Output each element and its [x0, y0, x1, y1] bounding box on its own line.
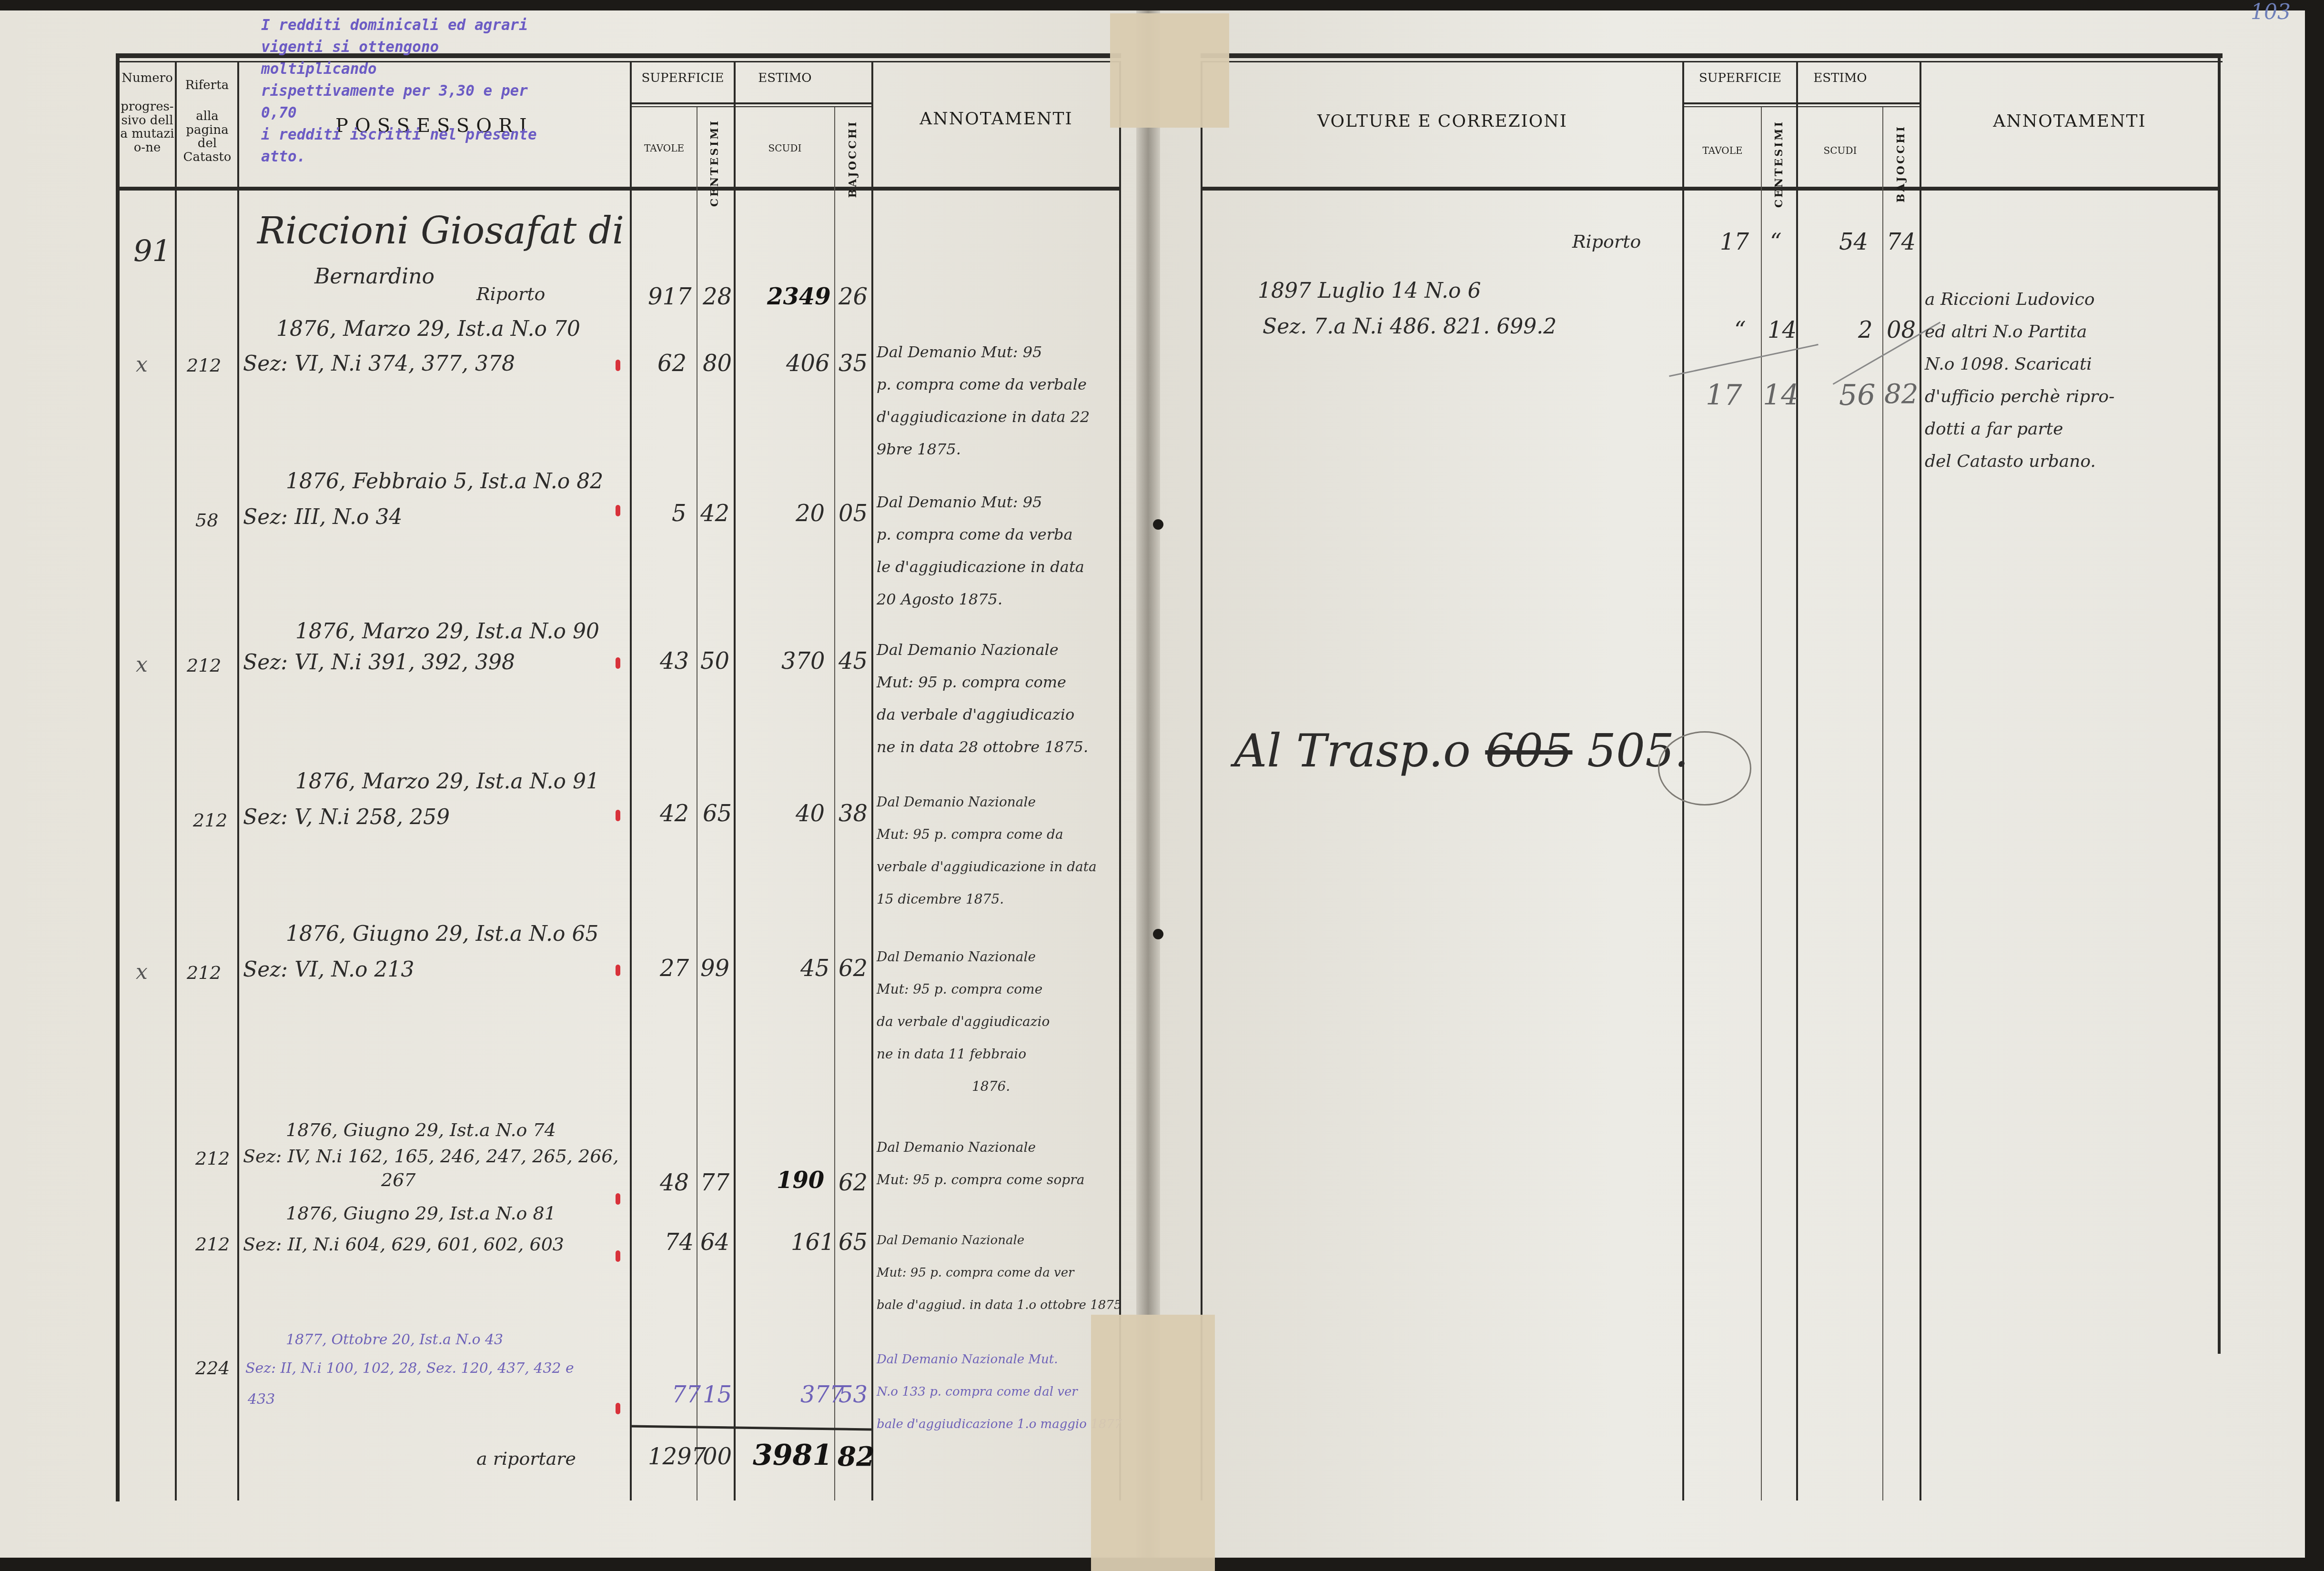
entry-tavole: “ — [1734, 317, 1746, 343]
entry-bajocchi: 05 — [839, 500, 868, 527]
note-line: da verbale d'aggiudicazio — [877, 1006, 1050, 1038]
scan-border-right — [2305, 0, 2324, 1571]
header-superficie: SUPERFICIE — [632, 71, 734, 85]
header-bajocchi: BAJOCCHI — [847, 120, 859, 198]
entry-riferta: 224 — [195, 1358, 230, 1379]
col-divider — [697, 107, 697, 1501]
binding-stitch — [1153, 519, 1163, 530]
header-centesimi: CENTESIMI — [709, 119, 720, 207]
note-line: Dal Demanio Nazionale Mut. — [877, 1343, 1122, 1376]
note-line: Dal Demanio Mut: 95 — [877, 486, 1084, 518]
entry-scudi: 370 — [781, 648, 825, 675]
entry-riferta: 212 — [195, 1234, 230, 1255]
left-subheader-rule — [630, 102, 871, 104]
right-subheader-rule-thin — [1682, 106, 1920, 107]
binding-tape-top — [1110, 13, 1229, 128]
total-bajocchi: 82 — [1884, 379, 1918, 410]
right-subheader-rule — [1682, 102, 1920, 104]
note-line: Mut: 95 p. compra come da — [877, 818, 1097, 851]
entry-parcels-line2: 433 — [248, 1391, 275, 1408]
entry-parcels-line2: 267 — [381, 1169, 416, 1190]
note-line: Mut: 95 p. compra come — [877, 973, 1050, 1006]
header-annotamenti: ANNOTAMENTI — [873, 110, 1119, 129]
entry-centesimi: 15 — [703, 1381, 732, 1408]
entry-riferta: 58 — [195, 510, 218, 531]
voltura-line1: 1897 Luglio 14 N.o 6 — [1258, 279, 1481, 303]
entry-tavole: 43 — [660, 648, 689, 675]
entry-bajocchi: 45 — [839, 648, 868, 675]
entry-centesimi: 50 — [700, 648, 729, 675]
entry-scudi: 190 — [777, 1167, 824, 1194]
col-divider — [1920, 62, 1921, 1501]
entry-riferta: 212 — [187, 962, 222, 983]
entry-note: Dal Demanio Nazionale Mut: 95 p. compra … — [877, 1224, 1122, 1321]
header-annotamenti: ANNOTAMENTI — [1921, 112, 2218, 131]
entry-riferta: 212 — [195, 1148, 230, 1169]
note-line: dotti a far parte — [1925, 413, 2114, 445]
entry-parcels: Sez: II, N.i 100, 102, 28, Sez. 120, 437… — [245, 1360, 574, 1377]
entry-parcels: Sez: VI, N.i 374, 377, 378 — [243, 352, 515, 376]
stamp-text: I redditi dominicali ed agrari vigenti s… — [261, 14, 556, 168]
entry-centesimi: 14 — [1768, 317, 1797, 343]
left-border — [116, 53, 120, 1501]
stamp-line: i redditi iscritti nel presente atto. — [261, 124, 556, 168]
check-mark: x — [136, 352, 148, 377]
owner-father: Bernardino — [314, 264, 434, 289]
left-header-bottom-rule — [116, 187, 1121, 191]
entry-note: Dal Demanio Mut: 95 p. compra come da ve… — [877, 336, 1090, 465]
header-tavole: TAVOLE — [1684, 145, 1761, 156]
entry-date: 1876, Giugno 29, Ist.a N.o 81 — [286, 1203, 556, 1224]
entry-bajocchi: 62 — [839, 1169, 868, 1196]
note-line: Dal Demanio Nazionale — [877, 1224, 1122, 1257]
red-mark — [616, 965, 620, 976]
header-numero-sub: progres-sivo della mutazio-ne — [120, 100, 175, 154]
note-line: ed altri N.o Partita — [1925, 316, 2114, 348]
note-line: Mut: 95 p. compra come sopra — [877, 1164, 1084, 1196]
entry-date: 1876, Marzo 29, Ist.a N.o 91 — [295, 769, 599, 794]
red-mark — [616, 810, 620, 821]
red-mark — [616, 1250, 620, 1262]
note-line: Mut: 95 p. compra come — [877, 666, 1088, 698]
entry-note: Dal Demanio Nazionale Mut: 95 p. compra … — [877, 786, 1097, 916]
total-scudi: 3981 — [753, 1439, 832, 1472]
stamp-line: vigenti si ottengono moltiplicando — [261, 36, 556, 80]
red-mark — [616, 1193, 620, 1205]
entry-bajocchi: 53 — [839, 1381, 868, 1408]
riporto-tavole: 17 — [1720, 229, 1749, 255]
entry-scudi: 161 — [791, 1229, 835, 1256]
scan-border-top — [0, 0, 2324, 10]
entry-tavole: 74 — [665, 1229, 694, 1256]
entry-parcels: Sez: IV, N.i 162, 165, 246, 247, 265, 26… — [243, 1146, 619, 1167]
note-line: p. compra come da verbale — [877, 368, 1090, 401]
entry-note: Dal Demanio Nazionale Mut: 95 p. compra … — [877, 1131, 1084, 1196]
note-line: N.o 1098. Scaricati — [1925, 348, 2114, 381]
entry-parcels: Sez: VI, N.o 213 — [243, 957, 414, 982]
riporto-bajocchi: 74 — [1887, 229, 1916, 255]
entry-centesimi: 80 — [703, 350, 732, 377]
entry-riferta: 212 — [187, 655, 222, 676]
entry-note: Dal Demanio Nazionale Mut: 95 p. compra … — [877, 941, 1050, 1103]
entry-parcels: Sez: II, N.i 604, 629, 601, 602, 603 — [243, 1234, 564, 1255]
right-annotation: a Riccioni Ludovico ed altri N.o Partita… — [1925, 283, 2114, 478]
right-border — [2218, 53, 2221, 1354]
entry-centesimi: 99 — [700, 955, 729, 982]
col-divider — [1882, 107, 1883, 1501]
entry-date: 1876, Febbraio 5, Ist.a N.o 82 — [286, 469, 603, 493]
entry-tavole: 77 — [672, 1381, 701, 1408]
entry-note: Dal Demanio Nazionale Mut: 95 p. compra … — [877, 634, 1088, 763]
header-scudi: SCUDI — [736, 143, 834, 153]
entry-scudi: 377 — [800, 1381, 844, 1408]
riporto-centesimi: “ — [1770, 229, 1782, 255]
entry-note: Dal Demanio Nazionale Mut. N.o 133 p. co… — [877, 1343, 1122, 1440]
header-superficie: SUPERFICIE — [1684, 71, 1796, 85]
riporto-bajocchi: 26 — [839, 283, 868, 310]
entry-tavole: 5 — [672, 500, 687, 527]
riporto-centesimi: 28 — [703, 283, 732, 310]
note-line: d'ufficio perchè ripro- — [1925, 381, 2114, 413]
col-divider — [1761, 107, 1762, 1501]
col-divider — [237, 62, 239, 1501]
header-bajocchi: BAJOCCHI — [1895, 125, 1907, 202]
entry-date: 1877, Ottobre 20, Ist.a N.o 43 — [286, 1331, 503, 1348]
note-line: p. compra come da verba — [877, 518, 1084, 551]
entry-bajocchi: 38 — [839, 800, 868, 827]
transfer-old-number: 605 — [1485, 724, 1572, 777]
owner-name: Riccioni Giosafat di — [257, 210, 624, 252]
total-centesimi: 14 — [1763, 379, 1799, 412]
stamp-line: I redditi dominicali ed agrari — [261, 14, 556, 36]
right-top-rule-thin — [1201, 61, 2223, 62]
entry-bajocchi: 65 — [839, 1229, 868, 1256]
right-top-rule — [1201, 53, 2223, 58]
entry-parcels: Sez: VI, N.i 391, 392, 398 — [243, 650, 515, 675]
entry-scudi: 45 — [800, 955, 829, 982]
note-line: Dal Demanio Nazionale — [877, 1131, 1084, 1164]
entry-tavole: 48 — [660, 1169, 689, 1196]
owner-number: 91 — [133, 233, 171, 268]
note-line: bale d'aggiudicazione 1.o maggio 1877 — [877, 1408, 1122, 1440]
transfer-annotation: Al Trasp.o 605 505. — [1234, 724, 1689, 777]
riporto-scudi: 2349 — [767, 283, 831, 310]
entry-date: 1876, Marzo 29, Ist.a N.o 70 — [276, 317, 580, 341]
col-divider — [834, 107, 835, 1501]
note-line: 1876. — [877, 1070, 1050, 1103]
entry-riferta: 212 — [187, 355, 222, 376]
entry-tavole: 42 — [660, 800, 689, 827]
header-estimo: ESTIMO — [736, 71, 834, 85]
riporto-label: Riporto — [476, 283, 545, 304]
check-mark: x — [136, 960, 148, 984]
entry-tavole: 62 — [657, 350, 687, 377]
red-mark — [616, 1403, 620, 1414]
red-mark — [616, 360, 620, 371]
entry-date: 1876, Giugno 29, Ist.a N.o 65 — [286, 922, 598, 946]
entry-scudi: 40 — [796, 800, 825, 827]
total-centesimi: 00 — [703, 1443, 732, 1470]
note-line: del Catasto urbano. — [1925, 445, 2114, 478]
note-line: Dal Demanio Nazionale — [877, 941, 1050, 973]
note-line: verbale d'aggiudicazione in data — [877, 851, 1097, 883]
col-divider — [1796, 62, 1798, 1501]
note-line: 20 Agosto 1875. — [877, 583, 1084, 615]
col-divider — [871, 62, 873, 1501]
note-line: ne in data 28 ottobre 1875. — [877, 731, 1088, 763]
note-line: a Riccioni Ludovico — [1925, 283, 2114, 316]
entry-centesimi: 64 — [700, 1229, 729, 1256]
header-riferta-sub: alla pagina del Catasto — [181, 110, 233, 164]
entry-centesimi: 65 — [703, 800, 732, 827]
header-centesimi: CENTESIMI — [1773, 120, 1785, 208]
note-line: N.o 133 p. compra come dal ver — [877, 1376, 1122, 1408]
col-divider — [630, 62, 632, 1501]
total-tavole: 17 — [1706, 379, 1742, 412]
header-scudi: SCUDI — [1798, 145, 1882, 156]
voltura-line2: Sez. 7.a N.i 486. 821. 699.2 — [1263, 314, 1556, 339]
riporto-label: Riporto — [1572, 231, 1641, 252]
note-line: Dal Demanio Mut: 95 — [877, 336, 1090, 368]
entry-date: 1876, Giugno 29, Ist.a N.o 74 — [286, 1119, 556, 1140]
header-riferta: Riferta — [177, 79, 237, 92]
red-mark — [616, 505, 620, 516]
entry-scudi: 20 — [796, 500, 825, 527]
binding-tape-bottom — [1091, 1315, 1215, 1571]
col-divider — [734, 62, 736, 1501]
note-line: Dal Demanio Nazionale — [877, 786, 1097, 818]
check-mark: x — [136, 653, 148, 677]
header-estimo: ESTIMO — [1798, 71, 1882, 85]
entry-note: Dal Demanio Mut: 95 p. compra come da ve… — [877, 486, 1084, 615]
total-tavole: 1297 — [648, 1443, 706, 1470]
riporto-scudi: 54 — [1839, 229, 1868, 255]
entry-scudi: 2 — [1858, 317, 1873, 343]
red-mark — [616, 657, 620, 669]
binding-stitch — [1153, 929, 1163, 939]
entry-parcels: Sez: III, N.o 34 — [243, 505, 402, 529]
total-label: a riportare — [476, 1448, 576, 1469]
entry-scudi: 406 — [786, 350, 830, 377]
riporto-tavole: 917 — [648, 283, 692, 310]
entry-date: 1876, Marzo 29, Ist.a N.o 90 — [295, 619, 599, 644]
note-line: da verbale d'aggiudicazio — [877, 698, 1088, 731]
page-number: 103 — [2251, 0, 2291, 24]
pencil-circle — [1658, 731, 1751, 806]
note-line: le d'aggiudicazione in data — [877, 551, 1084, 583]
note-line: bale d'aggiud. in data 1.o ottobre 1875 — [877, 1289, 1122, 1321]
entry-tavole: 27 — [660, 955, 689, 982]
note-line: Mut: 95 p. compra come da ver — [877, 1257, 1122, 1289]
header-tavole: TAVOLE — [632, 143, 697, 153]
header-numero: Numero — [120, 71, 175, 85]
col-divider — [1201, 62, 1202, 1501]
header-volture: VOLTURE E CORREZIONI — [1202, 112, 1682, 131]
note-line: ne in data 11 febbraio — [877, 1038, 1050, 1070]
entry-centesimi: 77 — [700, 1169, 729, 1196]
transfer-label: Al Trasp.o — [1234, 724, 1471, 777]
total-scudi: 56 — [1839, 379, 1875, 412]
note-line: Dal Demanio Nazionale — [877, 634, 1088, 666]
note-line: 9bre 1875. — [877, 433, 1090, 465]
entry-bajocchi: 62 — [839, 955, 868, 982]
stamp-line: rispettivamente per 3,30 e per 0,70 — [261, 80, 556, 124]
entry-riferta: 212 — [193, 810, 228, 831]
entry-centesimi: 42 — [700, 500, 729, 527]
note-line: 15 dicembre 1875. — [877, 883, 1097, 916]
entry-bajocchi: 35 — [839, 350, 868, 377]
total-bajocchi: 82 — [838, 1441, 875, 1472]
entry-parcels: Sez: V, N.i 258, 259 — [243, 805, 450, 829]
col-divider — [175, 62, 177, 1501]
right-header-bottom-rule — [1201, 187, 2219, 191]
note-line: d'aggiudicazione in data 22 — [877, 401, 1090, 433]
